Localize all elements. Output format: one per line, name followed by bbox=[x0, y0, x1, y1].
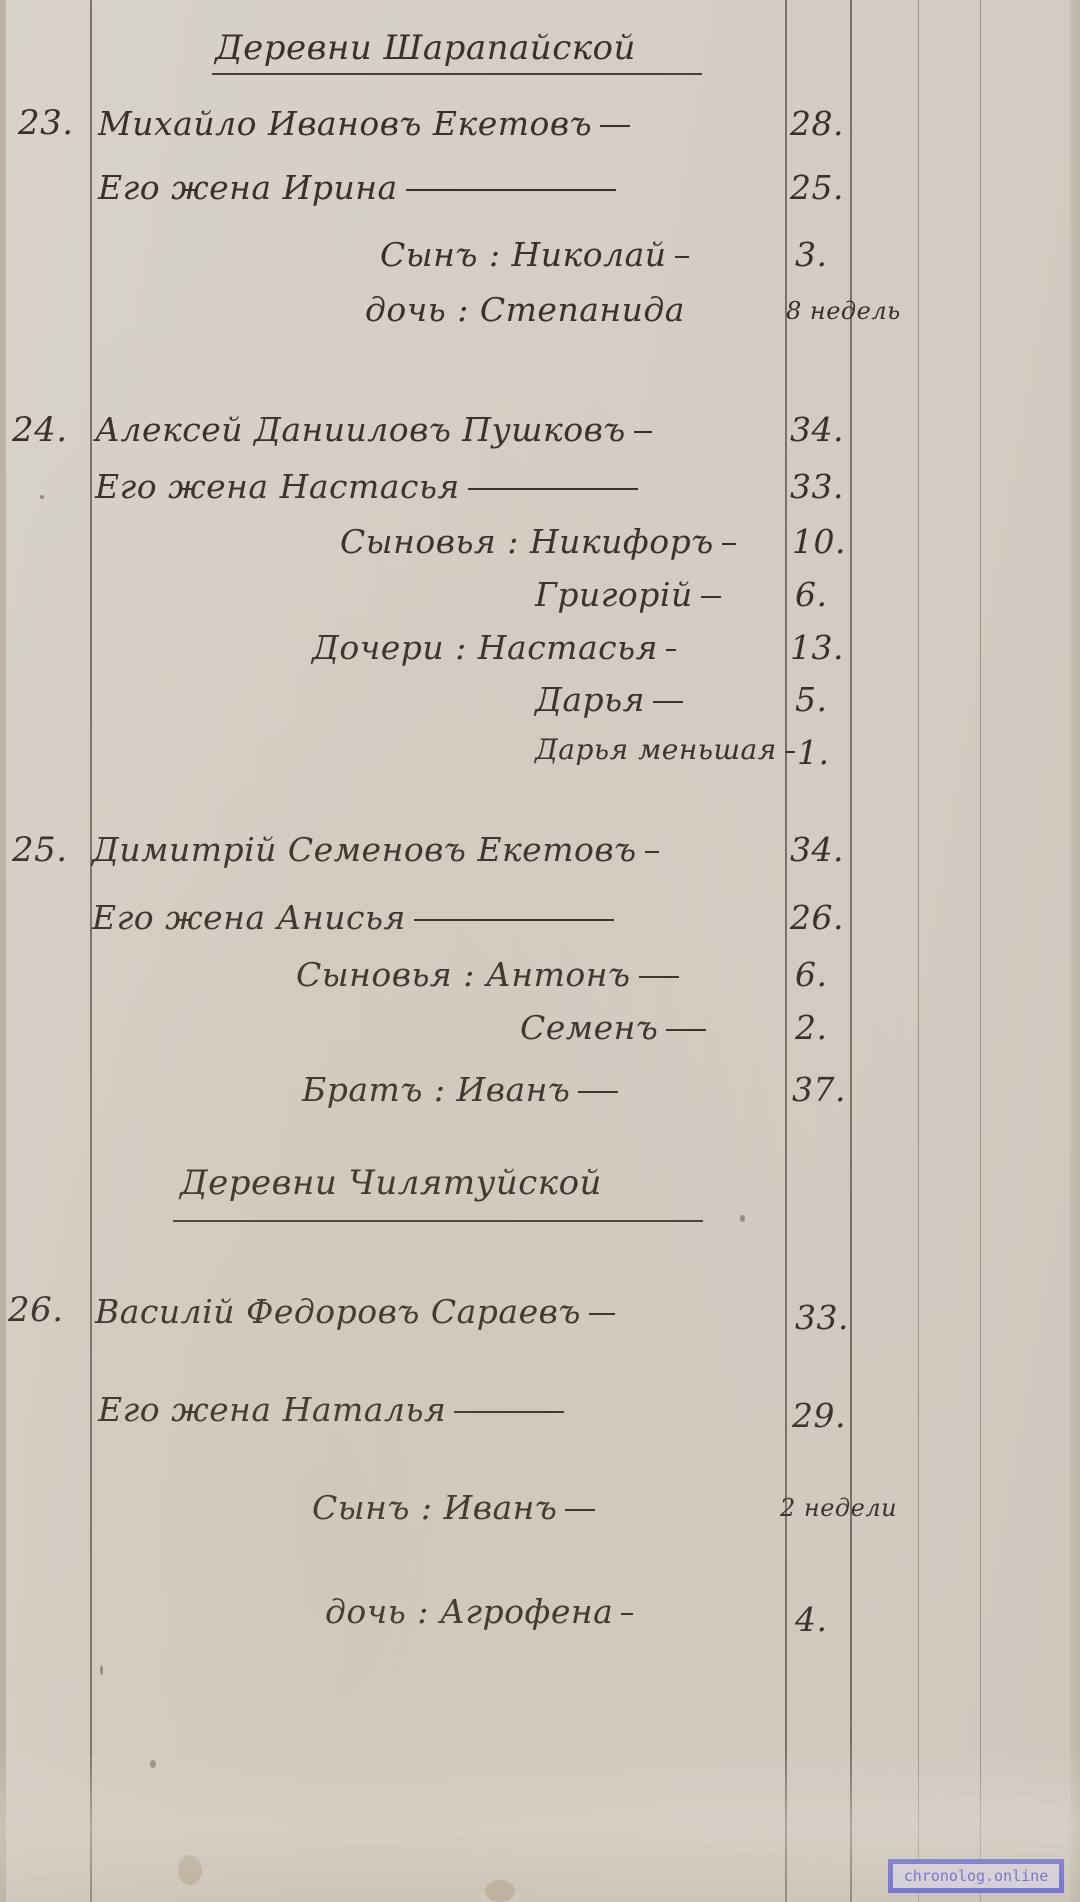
relation-label: дочь : bbox=[325, 1592, 429, 1631]
dash bbox=[722, 543, 736, 545]
relation-label: Дочери : bbox=[312, 628, 467, 667]
age-value: 26. bbox=[790, 898, 844, 937]
section-heading: Деревни Чилятуйской bbox=[180, 1163, 602, 1203]
age-value: 10. bbox=[792, 522, 846, 561]
dash bbox=[639, 976, 679, 978]
child-entry: дочь : Агрофена bbox=[325, 1592, 641, 1631]
watermark-text: chronolog.online bbox=[893, 1864, 1059, 1888]
spouse-entry: Его жена Наталья bbox=[98, 1390, 572, 1429]
dash bbox=[406, 189, 616, 191]
child-entry: Семенъ bbox=[520, 1008, 714, 1047]
household-number: 23. bbox=[18, 103, 74, 143]
age-value: 33. bbox=[795, 1298, 849, 1337]
entry-text: Алексей Данииловъ Пушковъ bbox=[95, 410, 626, 449]
child-name: Иванъ bbox=[443, 1488, 557, 1527]
age-value: 25. bbox=[790, 168, 844, 207]
dash bbox=[565, 1509, 595, 1511]
child-entry: Сынъ : Иванъ bbox=[312, 1488, 603, 1527]
child-entry: Сыновья : Никифоръ bbox=[340, 522, 744, 561]
dash bbox=[701, 596, 721, 598]
ink-speck bbox=[40, 495, 44, 499]
ink-speck bbox=[150, 1760, 156, 1768]
relation-label: Сыновья : bbox=[296, 955, 475, 994]
child-name: Дарья меньшая bbox=[535, 733, 777, 766]
child-name: Дарья bbox=[535, 680, 645, 719]
head-of-household: Василій Федоровъ Сараевъ bbox=[95, 1292, 623, 1331]
age-value: 37. bbox=[792, 1070, 846, 1109]
column-rule-5 bbox=[980, 0, 981, 1902]
child-name: Григорій bbox=[535, 575, 693, 614]
relative-name: Иванъ bbox=[456, 1070, 570, 1109]
spouse-entry: Его жена Анисья bbox=[92, 898, 622, 937]
paper-stain bbox=[178, 1855, 202, 1885]
dash bbox=[785, 751, 795, 753]
age-value: 2. bbox=[795, 1008, 828, 1047]
dash bbox=[414, 919, 614, 921]
child-entry: Сынъ : Николай bbox=[380, 235, 697, 274]
spouse-entry: Его жена Ирина bbox=[98, 168, 624, 207]
entry-text: Его жена Ирина bbox=[98, 168, 398, 207]
relation-label: Сыновья : bbox=[340, 522, 519, 561]
dash bbox=[666, 649, 676, 651]
watermark-badge: chronolog.online bbox=[888, 1859, 1064, 1893]
age-value: 2 недели bbox=[780, 1494, 897, 1522]
child-name: Степанида bbox=[480, 290, 685, 329]
entry-text: Его жена Анисья bbox=[92, 898, 406, 937]
age-value: 5. bbox=[795, 680, 828, 719]
dash bbox=[675, 256, 689, 258]
child-entry: Григорій bbox=[535, 575, 729, 614]
age-value: 34. bbox=[790, 830, 844, 869]
dash bbox=[645, 851, 659, 853]
relation-label: Сынъ : bbox=[380, 235, 500, 274]
spouse-entry: Его жена Настасья bbox=[95, 467, 646, 506]
column-rule-4 bbox=[918, 0, 919, 1902]
relation-label: Братъ : bbox=[302, 1070, 445, 1109]
age-value: 34. bbox=[790, 410, 844, 449]
heading-underline bbox=[173, 1220, 703, 1222]
ink-speck bbox=[100, 1665, 103, 1675]
age-value: 6. bbox=[795, 955, 828, 994]
relative-entry: Братъ : Иванъ bbox=[302, 1070, 626, 1109]
column-rule-3 bbox=[850, 0, 852, 1902]
age-value: 33. bbox=[790, 467, 844, 506]
relation-label: дочь : bbox=[365, 290, 469, 329]
age-value: 29. bbox=[792, 1396, 846, 1435]
age-value: 1. bbox=[797, 733, 830, 772]
dash bbox=[621, 1613, 633, 1615]
entry-text: Михайло Ивановъ Екетовъ bbox=[98, 104, 592, 143]
dash bbox=[589, 1313, 615, 1315]
entry-text: Димитрій Семеновъ Екетовъ bbox=[92, 830, 637, 869]
child-name: Семенъ bbox=[520, 1008, 658, 1047]
child-entry: Дарья меньшая bbox=[535, 733, 803, 766]
child-name: Настасья bbox=[478, 628, 658, 667]
paper-stain bbox=[485, 1880, 515, 1902]
page-left-edge bbox=[0, 0, 6, 1902]
age-value: 3. bbox=[795, 235, 828, 274]
dash bbox=[666, 1029, 706, 1031]
dash bbox=[600, 125, 630, 127]
entry-text: Его жена Наталья bbox=[98, 1390, 446, 1429]
age-value: 28. bbox=[790, 104, 844, 143]
dash bbox=[468, 488, 638, 490]
child-entry: дочь : Степанида bbox=[365, 290, 685, 329]
entry-text: Василій Федоровъ Сараевъ bbox=[95, 1292, 581, 1331]
dash bbox=[454, 1411, 564, 1413]
age-value: 6. bbox=[795, 575, 828, 614]
age-value: 13. bbox=[790, 628, 844, 667]
dash bbox=[634, 431, 652, 433]
household-number: 24. bbox=[12, 410, 68, 450]
child-name: Николай bbox=[511, 235, 666, 274]
relation-label: Сынъ : bbox=[312, 1488, 432, 1527]
child-name: Антонъ bbox=[486, 955, 631, 994]
column-rule-age bbox=[785, 0, 787, 1902]
column-rule-number bbox=[90, 0, 92, 1902]
child-name: Агрофена bbox=[440, 1592, 613, 1631]
heading-underline bbox=[212, 73, 702, 75]
child-entry: Дочери : Настасья bbox=[312, 628, 684, 667]
head-of-household: Димитрій Семеновъ Екетовъ bbox=[92, 830, 667, 869]
dash bbox=[578, 1091, 618, 1093]
age-value: 8 недель bbox=[786, 297, 901, 325]
child-name: Никифоръ bbox=[530, 522, 714, 561]
dash bbox=[653, 701, 683, 703]
child-entry: Сыновья : Антонъ bbox=[296, 955, 687, 994]
page-right-edge bbox=[1070, 0, 1080, 1902]
head-of-household: Михайло Ивановъ Екетовъ bbox=[98, 104, 638, 143]
household-number: 26. bbox=[8, 1290, 64, 1330]
child-entry: Дарья bbox=[535, 680, 691, 719]
section-heading: Деревни Шарапайской bbox=[215, 28, 636, 68]
age-value: 4. bbox=[795, 1600, 828, 1639]
ink-speck bbox=[740, 1215, 745, 1222]
household-number: 25. bbox=[12, 830, 68, 870]
entry-text: Его жена Настасья bbox=[95, 467, 460, 506]
head-of-household: Алексей Данииловъ Пушковъ bbox=[95, 410, 660, 449]
register-page: Деревни Шарапайской 23. Михайло Ивановъ … bbox=[0, 0, 1080, 1902]
